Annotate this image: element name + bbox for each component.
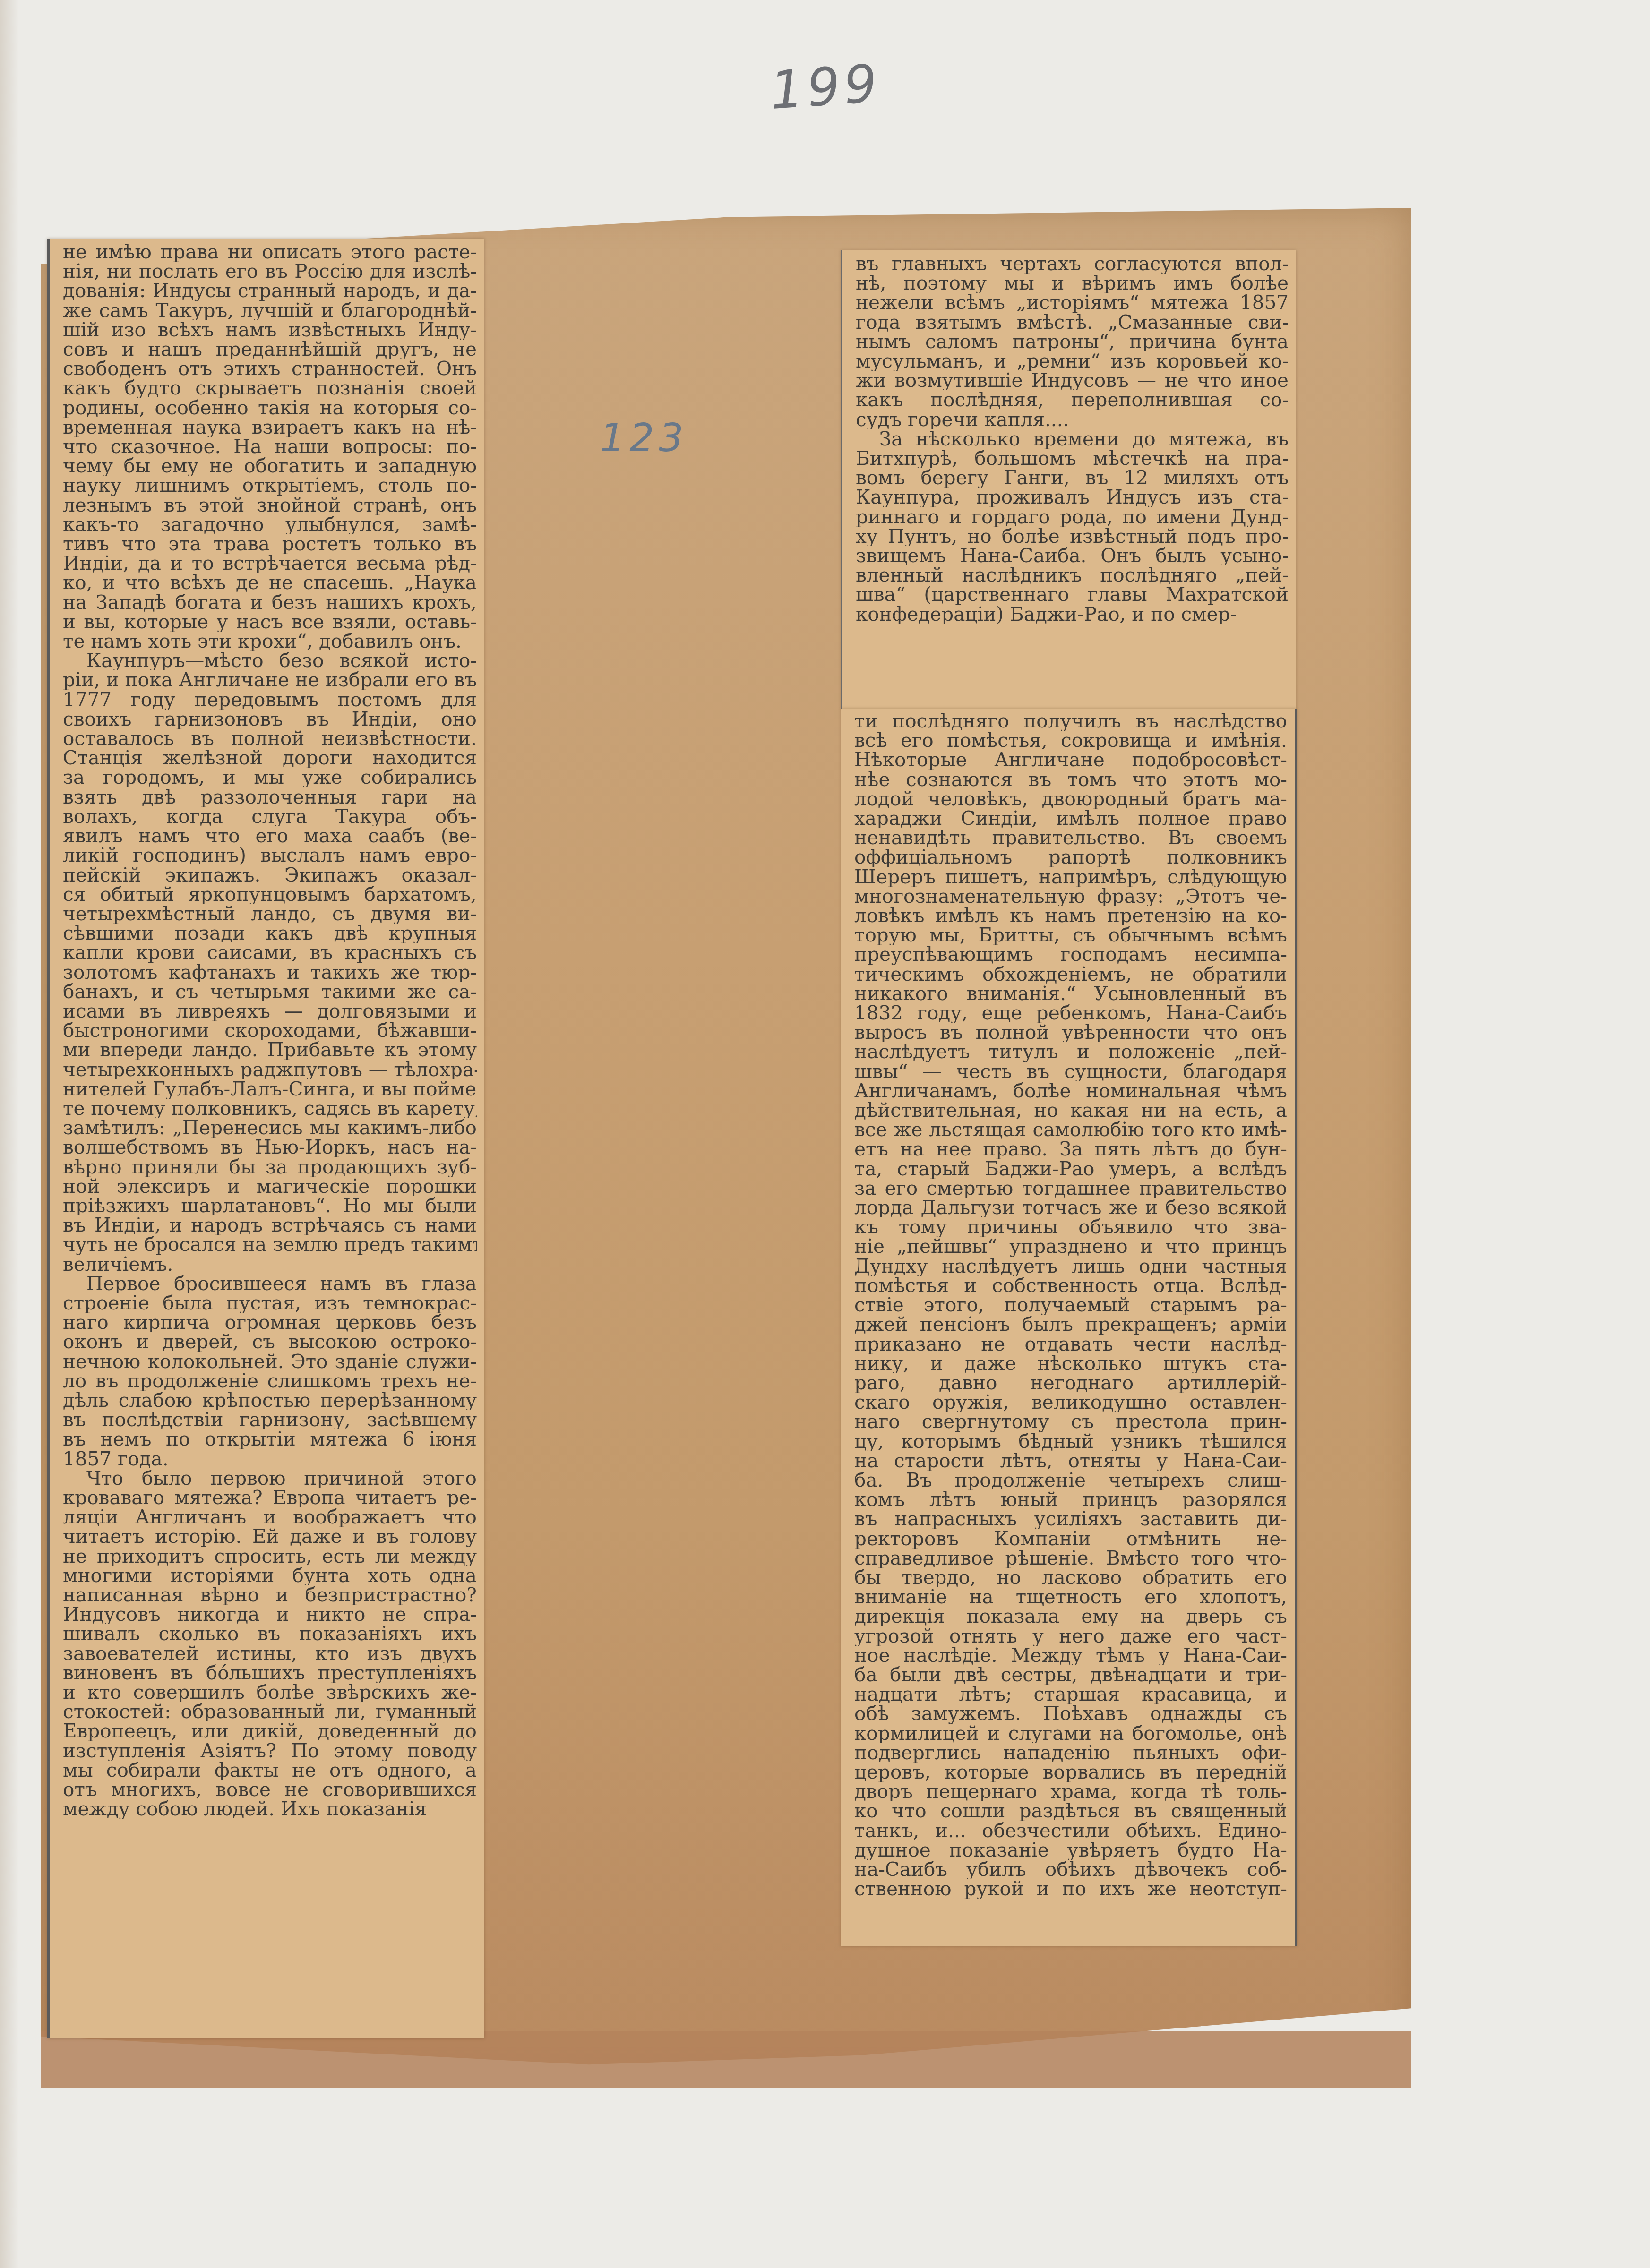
text-line: отъ многихъ, вовсе не сговорившихся	[63, 1780, 477, 1799]
text-line: жи возмутившіе Индусовъ — не что иное	[856, 371, 1289, 390]
folio-number: 199	[768, 53, 883, 121]
text-line: величіемъ.	[63, 1255, 477, 1274]
text-line: банахъ, и съ четырьмя такими же са-	[63, 982, 477, 1001]
text-line: въ послѣдствіи гарнизону, засѣвшему	[63, 1410, 477, 1429]
text-line: 1832 году, еще ребенкомъ, Нана-Саибъ	[854, 1003, 1287, 1023]
text-line: своихъ гарнизоновъ въ Индіи, оно	[63, 710, 477, 729]
text-line: выросъ въ полной увѣренности что онъ	[854, 1023, 1287, 1042]
text-line: дворъ пещернаго храма, когда тѣ толь-	[854, 1782, 1287, 1801]
text-line: справедливое рѣшеніе. Вмѣсто того что-	[854, 1549, 1287, 1568]
text-line: Индіи, да и то встрѣчается весьма рѣд-	[63, 554, 477, 573]
text-line: нѣ, поэтому мы и вѣримъ имъ болѣе	[856, 274, 1289, 293]
text-line: ти послѣдняго получилъ въ наслѣдство	[854, 711, 1287, 731]
text-line: вомъ берегу Ганги, въ 12 миляхъ отъ	[856, 468, 1289, 488]
text-line: совъ и нашъ преданнѣйшій другъ, не	[63, 340, 477, 359]
text-line: за его смертью тогдашнее правительство	[854, 1179, 1287, 1198]
text-line: и вы, которые у насъ все взяли, оставь-	[63, 612, 477, 632]
text-line: хараджи Синдіи, имѣлъ полное право	[854, 809, 1287, 828]
text-line: Каунпуръ—мѣсто безо всякой исто-	[63, 651, 477, 670]
text-line: шва“ (царственнаго главы Махратской	[856, 585, 1289, 604]
text-line: Англичанамъ, болѣе номинальная чѣмъ	[854, 1081, 1287, 1101]
text-line: надцати лѣтъ; старшая красавица, и	[854, 1685, 1287, 1704]
text-line: ко что сошли раздѣться въ священный	[854, 1801, 1287, 1821]
text-line: читаетъ исторію. Ей даже и въ голову	[63, 1527, 477, 1546]
text-line: и кто совершилъ болѣе звѣрскихъ же-	[63, 1683, 477, 1702]
text-line: нику, и даже нѣсколько штукъ ста-	[854, 1354, 1287, 1373]
text-line: риннаго и гордаго рода, по имени Дунд-	[856, 507, 1289, 527]
text-line: быстроногими скороходами, бѣжавши-	[63, 1021, 477, 1040]
text-line: ствіе этого, получаемый старымъ ра-	[854, 1295, 1287, 1315]
text-line: въ немъ по открытіи мятежа 6 іюня	[63, 1429, 477, 1449]
text-line: танкъ, и... обезчестили обѣихъ. Едино-	[854, 1821, 1287, 1840]
text-line: Битхпурѣ, большомъ мѣстечкѣ на пра-	[856, 449, 1289, 468]
text-line: та, старый Баджи-Рао умеръ, а вслѣдъ	[854, 1159, 1287, 1179]
text-line: строеніе была пустая, изъ темнокрас-	[63, 1293, 477, 1313]
text-line: взять двѣ раззолоченныя гари на	[63, 787, 477, 807]
text-line: ніе „пейшвы“ упразднено и что принцъ	[854, 1237, 1287, 1256]
text-line: ное наслѣдіе. Между тѣмъ у Нана-Саи-	[854, 1646, 1287, 1665]
text-line: торую мы, Бритты, съ обычнымъ всѣмъ	[854, 925, 1287, 945]
text-line: наго кирпича огромная церковь безъ	[63, 1313, 477, 1332]
text-line: ся обитый яркопунцовымъ бархатомъ,	[63, 885, 477, 904]
text-line: за городомъ, и мы уже собирались	[63, 768, 477, 787]
text-line: За нѣсколько времени до мятежа, въ	[856, 429, 1289, 449]
text-line: тическимъ обхожденіемъ, не обратили	[854, 965, 1287, 984]
text-line: нителей Гулабъ-Лалъ-Синга, и вы пойме-	[63, 1079, 477, 1099]
text-line: преуспѣвающимъ господамъ несимпа-	[854, 945, 1287, 964]
text-line: подверглись нападенію пьяныхъ офи-	[854, 1743, 1287, 1763]
text-line: четырехконныхъ раджпутовъ — тѣлохра-	[63, 1060, 477, 1079]
text-line: нымъ саломъ патроны“, причина бунта	[856, 332, 1289, 351]
text-line: вленный наслѣдникъ послѣдняго „пей-	[856, 565, 1289, 585]
text-line: на Западѣ богата и безъ нашихъ крохъ,	[63, 593, 477, 612]
text-line: капли крови саисами, въ красныхъ съ	[63, 943, 477, 962]
bottom-tape-strip	[41, 2031, 1411, 2088]
text-line: вѣрно приняли бы за продающихъ зуб-	[63, 1157, 477, 1177]
text-line: ной элексиръ и магическіе порошки	[63, 1177, 477, 1196]
text-line: шивалъ сколько въ показаніяхъ ихъ	[63, 1624, 477, 1643]
text-line: волшебствомъ въ Нью-Йоркъ, насъ на-	[63, 1138, 477, 1157]
text-line: оставалось въ полной неизвѣстности.	[63, 729, 477, 748]
text-line: звищемъ Нана-Саиба. Онъ былъ усыно-	[856, 546, 1289, 565]
text-line: что сказочное. На наши вопросы: по-	[63, 437, 477, 456]
text-line: чуть не бросался на землю предъ такимъ	[63, 1235, 477, 1254]
text-line: ба. Въ продолженіе четырехъ слиш-	[854, 1471, 1287, 1490]
text-line: те намъ хоть эти крохи“, добавилъ онъ.	[63, 632, 477, 651]
text-line: судъ горечи капля....	[856, 410, 1289, 429]
text-line: Каунпура, проживалъ Индусъ изъ ста-	[856, 488, 1289, 507]
text-line: 1857 года.	[63, 1449, 477, 1469]
text-line: чему бы ему не обогатить и западную	[63, 456, 477, 476]
text-line: на старости лѣтъ, отняты у Нана-Саи-	[854, 1451, 1287, 1471]
text-line: кроваваго мятежа? Европа читаетъ ре-	[63, 1488, 477, 1507]
text-line: пріѣзжихъ шарлатановъ“. Но мы были	[63, 1196, 477, 1215]
text-line: помѣстья и собственность отца. Вслѣд-	[854, 1276, 1287, 1295]
text-line: лезнымъ въ этой знойной странѣ, онъ	[63, 496, 477, 515]
text-line: ненавидѣть правительство. Въ своемъ	[854, 828, 1287, 847]
text-line: кормилицей и слугами на богомолье, онѣ	[854, 1724, 1287, 1743]
text-line: какъ будто скрываетъ познанія своей	[63, 378, 477, 398]
clipping-right-column-top: въ главныхъ чертахъ согласуются впол-нѣ,…	[841, 250, 1296, 709]
text-line: лодой человѣкъ, двоюродный братъ ма-	[854, 789, 1287, 809]
archive-number: 123	[600, 416, 688, 461]
text-line: не имѣю права ни описать этого расте-	[63, 242, 477, 262]
right-column-bottom-text: ти послѣдняго получилъ въ наслѣдствовсѣ …	[841, 709, 1295, 1899]
text-line: шій изо всѣхъ намъ извѣстныхъ Инду-	[63, 320, 477, 340]
text-line: дѣль слабою крѣпостью перерѣзанному	[63, 1391, 477, 1410]
text-line: въ главныхъ чертахъ согласуются впол-	[856, 254, 1289, 274]
text-line: года взятымъ вмѣстѣ. „Смазанные сви-	[856, 313, 1289, 332]
text-line: обѣ замужемъ. Поѣхавъ однажды съ	[854, 1704, 1287, 1723]
text-line: тивъ что эта трава ростетъ только въ	[63, 534, 477, 554]
text-line: изступленія Азіятъ? По этому поводу	[63, 1741, 477, 1761]
text-line: нія, ни послать его въ Россію для изслѣ-	[63, 262, 477, 281]
text-line: ректоровъ Компаніи отмѣнить не-	[854, 1529, 1287, 1549]
text-line: Индусовъ никогда и никто не спра-	[63, 1605, 477, 1624]
text-line: бы твердо, но ласково обратить его	[854, 1568, 1287, 1587]
text-line: сѣвшими позади какъ двѣ крупныя	[63, 924, 477, 943]
text-line: церовъ, которые ворвались въ передній	[854, 1763, 1287, 1782]
text-line: 1777 году передовымъ постомъ для	[63, 690, 477, 710]
text-line: временная наука взираетъ какъ на нѣ-	[63, 418, 477, 437]
text-line: Дундху наслѣдуетъ лишь одни частныя	[854, 1257, 1287, 1276]
text-line: цу, которымъ бѣдный узникъ тѣшился	[854, 1432, 1287, 1451]
text-line: родины, особенно такія на которыя со-	[63, 398, 477, 418]
text-line: явилъ намъ что его маха саабъ (ве-	[63, 826, 477, 846]
text-line: конфедераціи) Баджи-Рао, и по смер-	[856, 605, 1289, 624]
text-line: нежели всѣмъ „исторіямъ“ мятежа 1857	[856, 293, 1289, 312]
text-line: етъ на нее право. За пять лѣтъ до бун-	[854, 1139, 1287, 1159]
text-line: угрозой отнять у него даже его част-	[854, 1626, 1287, 1646]
text-line: ріи, и пока Англичане не избрали его въ	[63, 670, 477, 690]
text-line: ликій господинъ) выслалъ намъ евро-	[63, 846, 477, 865]
text-line: ственною рукой и по ихъ же неотступ-	[854, 1879, 1287, 1899]
text-line: джей пенсіонъ былъ прекращенъ; арміи	[854, 1315, 1287, 1334]
text-line: мусульманъ, и „ремни“ изъ коровьей ко-	[856, 351, 1289, 371]
page-edge	[0, 0, 19, 2268]
text-line: душное показаніе увѣряетъ будто На-	[854, 1840, 1287, 1860]
text-line: завоевателей истины, кто изъ двухъ	[63, 1644, 477, 1663]
text-line: пейскій экипажъ. Экипажъ оказал-	[63, 865, 477, 885]
text-line: же самъ Такуръ, лучшій и благороднѣй-	[63, 301, 477, 320]
text-line: скаго оружія, великодушно оставлен-	[854, 1393, 1287, 1412]
text-line: четырехмѣстный ландо, съ двумя ви-	[63, 904, 477, 924]
text-line: все же льстящая самолюбію того кто имѣ-	[854, 1120, 1287, 1139]
text-line: дирекція показала ему на дверь съ	[854, 1607, 1287, 1626]
text-line: между собою людей. Ихъ показанія	[63, 1799, 477, 1819]
text-line: швы“ — честь въ сущности, благодаря	[854, 1062, 1287, 1081]
text-line: нѣе сознаются въ томъ что этотъ мо-	[854, 770, 1287, 789]
text-line: въ напрасныхъ усиліяхъ заставить ди-	[854, 1509, 1287, 1529]
text-line: нечною колокольней. Это зданіе служи-	[63, 1352, 477, 1371]
text-line: раго, давно негоднаго артиллерій-	[854, 1373, 1287, 1393]
text-line: науку лишнимъ открытіемъ, столь по-	[63, 476, 477, 495]
text-line: Шереръ пишетъ, напримѣръ, слѣдующую	[854, 867, 1287, 887]
left-column-text: не имѣю права ни описать этого расте-нія…	[50, 239, 484, 1819]
text-line: дѣйствительная, но какая ни на есть, а	[854, 1101, 1287, 1120]
text-line: комъ лѣтъ юный принцъ разорялся	[854, 1490, 1287, 1509]
clipping-right-column-bottom: ти послѣдняго получилъ въ наслѣдствовсѣ …	[841, 709, 1297, 1946]
text-line: написанная вѣрно и безпристрастно?	[63, 1585, 477, 1605]
text-line: ло въ продолженіе слишкомъ трехъ не-	[63, 1371, 477, 1391]
text-line: на-Саибъ убилъ обѣихъ дѣвочекъ соб-	[854, 1860, 1287, 1879]
text-line: приказано не отдавать чести наслѣд-	[854, 1335, 1287, 1354]
text-line: никакого вниманія.“ Усыновленный въ	[854, 984, 1287, 1003]
text-line: те почему полковникъ, садясь въ карету,	[63, 1099, 477, 1118]
text-line: стокостей: образованный ли, гуманный	[63, 1702, 477, 1721]
text-line: Нѣкоторые Англичане подобросовѣст-	[854, 750, 1287, 770]
text-line: свободенъ отъ этихъ странностей. Онъ	[63, 359, 477, 378]
text-line: ловѣкъ имѣлъ къ намъ претензію на ко-	[854, 906, 1287, 925]
text-line: вниманіе на тщетность его хлопотъ,	[854, 1587, 1287, 1607]
text-line: золотомъ кафтанахъ и такихъ же тюр-	[63, 963, 477, 982]
clipping-left-column: не имѣю права ни описать этого расте-нія…	[47, 239, 484, 2038]
text-line: исами въ ливреяхъ — долговязыми и	[63, 1001, 477, 1021]
text-line: наго свергнутому съ престола прин-	[854, 1412, 1287, 1431]
text-line: наслѣдуетъ титулъ и положеніе „пей-	[854, 1042, 1287, 1061]
text-line: ко, и что всѣхъ де не спасешь. „Наука	[63, 573, 477, 592]
text-line: волахъ, когда слуга Такура объ-	[63, 807, 477, 826]
text-line: мы собирали факты не отъ одного, а	[63, 1761, 477, 1780]
text-line: къ тому причины объявило что зва-	[854, 1217, 1287, 1237]
text-line: многознаменательную фразу: „Этотъ че-	[854, 887, 1287, 906]
text-line: какъ-то загадочно улыбнулся, замѣ-	[63, 515, 477, 534]
text-line: ляціи Англичанъ и воображаетъ что	[63, 1507, 477, 1527]
text-line: въ Индіи, и народъ встрѣчаясь съ нами	[63, 1215, 477, 1235]
text-line: дованія: Индусы странный народъ, и да-	[63, 281, 477, 300]
text-line: Первое бросившееся намъ въ глаза	[63, 1274, 477, 1293]
text-line: не приходитъ спросить, есть ли между	[63, 1547, 477, 1566]
text-line: Европеецъ, или дикій, доведенный до	[63, 1721, 477, 1741]
text-line: Станція желѣзной дороги находится	[63, 748, 477, 768]
text-line: ми впереди ландо. Прибавьте къ этому	[63, 1040, 477, 1060]
text-line: оконъ и дверей, съ высокою остроко-	[63, 1332, 477, 1352]
right-column-top-text: въ главныхъ чертахъ согласуются впол-нѣ,…	[842, 250, 1296, 624]
text-line: какъ послѣдняя, переполнившая со-	[856, 390, 1289, 410]
text-line: Что было первою причиной этого	[63, 1469, 477, 1488]
text-line: замѣтилъ: „Перенесись мы какимъ-либо	[63, 1118, 477, 1138]
text-line: ба были двѣ сестры, двѣнадцати и три-	[854, 1665, 1287, 1685]
text-line: виновенъ въ бо́льшихъ преступленіяхъ	[63, 1663, 477, 1683]
text-line: ху Пунтъ, но болѣе извѣстный подъ про-	[856, 527, 1289, 546]
text-line: всѣ его помѣстья, сокровища и имѣнія.	[854, 731, 1287, 750]
text-line: лорда Дальгузи тотчасъ же и безо всякой	[854, 1198, 1287, 1217]
text-line: оффиціальномъ рапортѣ полковникъ	[854, 847, 1287, 867]
text-line: многими исторіями бунта хоть одна	[63, 1566, 477, 1585]
